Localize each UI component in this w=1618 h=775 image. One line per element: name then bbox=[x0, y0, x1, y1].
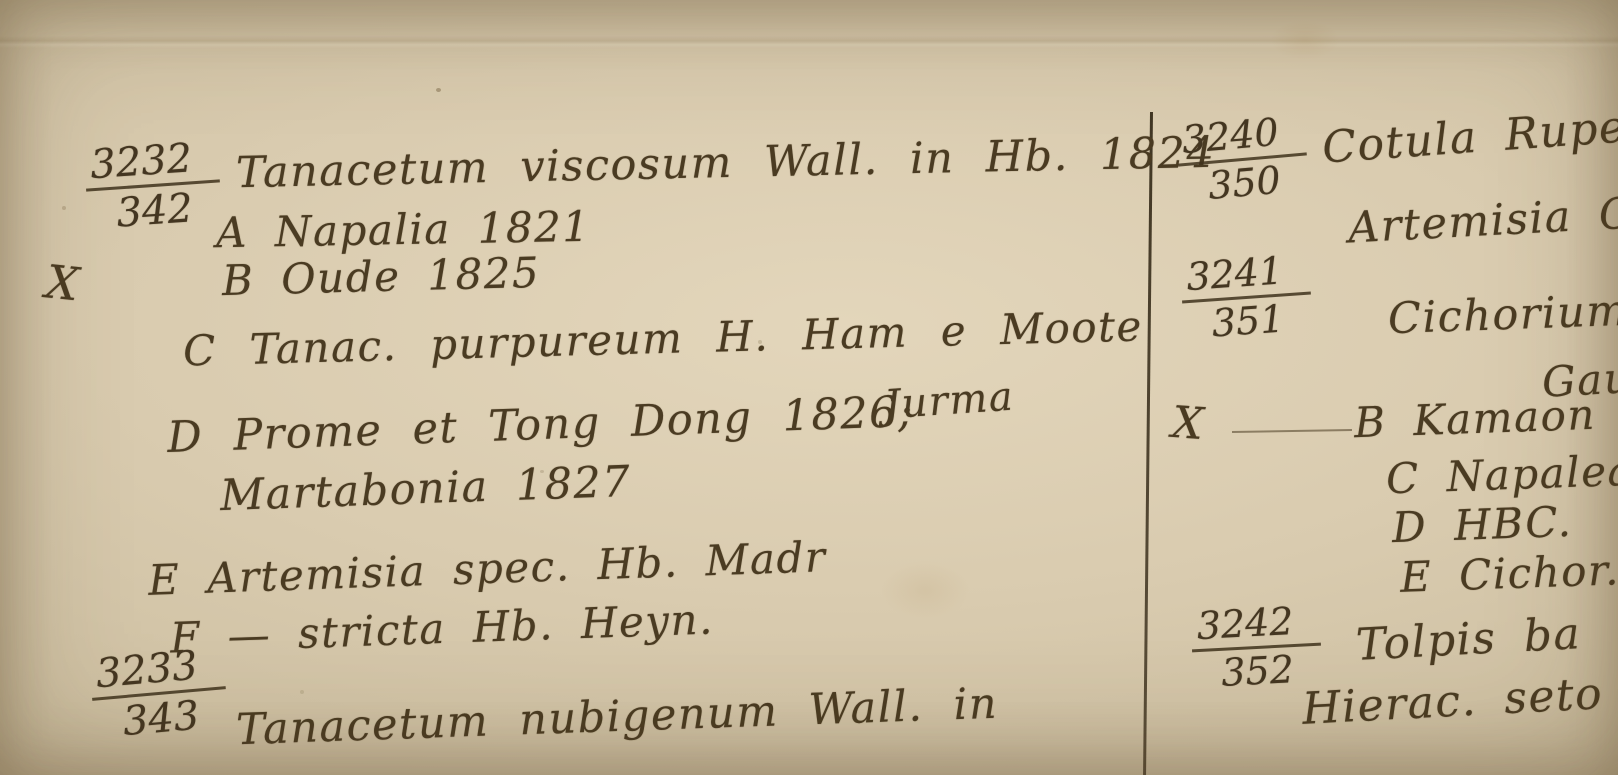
entry-line: Artemisia Chry bbox=[1347, 185, 1618, 254]
manuscript-page: 3232 342 Tanacetum viscosum Wall. in Hb.… bbox=[0, 0, 1618, 775]
catalogue-number-3241: 3241 351 bbox=[1179, 250, 1314, 347]
margin-cross-mark: X bbox=[43, 254, 83, 311]
catalogue-number-bottom: 342 bbox=[86, 182, 223, 236]
entry-line-c: C Napalea bbox=[1385, 446, 1618, 504]
entry-title: Cotula Rupe bbox=[1321, 101, 1618, 173]
entry-line-f: F — stricta Hb. Heyn. bbox=[169, 595, 714, 663]
margin-cross-mark: X bbox=[1170, 397, 1206, 450]
catalogue-number-3233: 3233 343 bbox=[88, 642, 229, 745]
paper-speck bbox=[436, 88, 441, 92]
paper-stain bbox=[880, 560, 970, 620]
entry-line-d2: Martabonia 1827 bbox=[219, 457, 632, 521]
entry-line-d: D HBC. bbox=[1391, 497, 1573, 552]
paper-crease bbox=[0, 36, 1618, 48]
entry-title: Tanacetum viscosum Wall. in Hb. 1824 bbox=[236, 128, 1216, 198]
entry-line-d-note: Jurma bbox=[883, 374, 1016, 429]
catalogue-number-3240: 3240 350 bbox=[1174, 111, 1310, 210]
catalogue-number-top: 3242 bbox=[1190, 601, 1321, 653]
catalogue-number-3242: 3242 352 bbox=[1190, 601, 1323, 695]
column-divider-line bbox=[1143, 112, 1153, 775]
entry-line-c: C Tanac. purpureum H. Ham e Moote bbox=[183, 301, 1144, 375]
entry-line-d: D Prome et Tong Dong 1826; bbox=[166, 387, 914, 463]
catalogue-number-3232: 3232 342 bbox=[83, 135, 223, 236]
entry-line-e: E Artemisia spec. Hb. Madr bbox=[147, 532, 827, 605]
catalogue-number-bottom: 351 bbox=[1182, 294, 1313, 346]
catalogue-number-top: 3241 bbox=[1179, 250, 1311, 304]
entry-line-e: E Cichor. C bbox=[1399, 543, 1618, 602]
entry-line-b: B Oude 1825 bbox=[221, 248, 540, 305]
catalogue-number-top: 3232 bbox=[83, 135, 220, 191]
paper-speck bbox=[300, 690, 304, 694]
paper-speck bbox=[62, 206, 66, 210]
entry-title: Tolpis ba bbox=[1355, 608, 1583, 671]
entry-line-b: B Kamaon bbox=[1353, 390, 1596, 447]
entry-title: Tanacetum nubigenum Wall. in bbox=[235, 679, 998, 756]
entry-title: Cichorium bbox=[1387, 286, 1618, 344]
entry-line: Hierac. seto bbox=[1301, 668, 1604, 735]
ditto-dash-line bbox=[1232, 429, 1352, 433]
